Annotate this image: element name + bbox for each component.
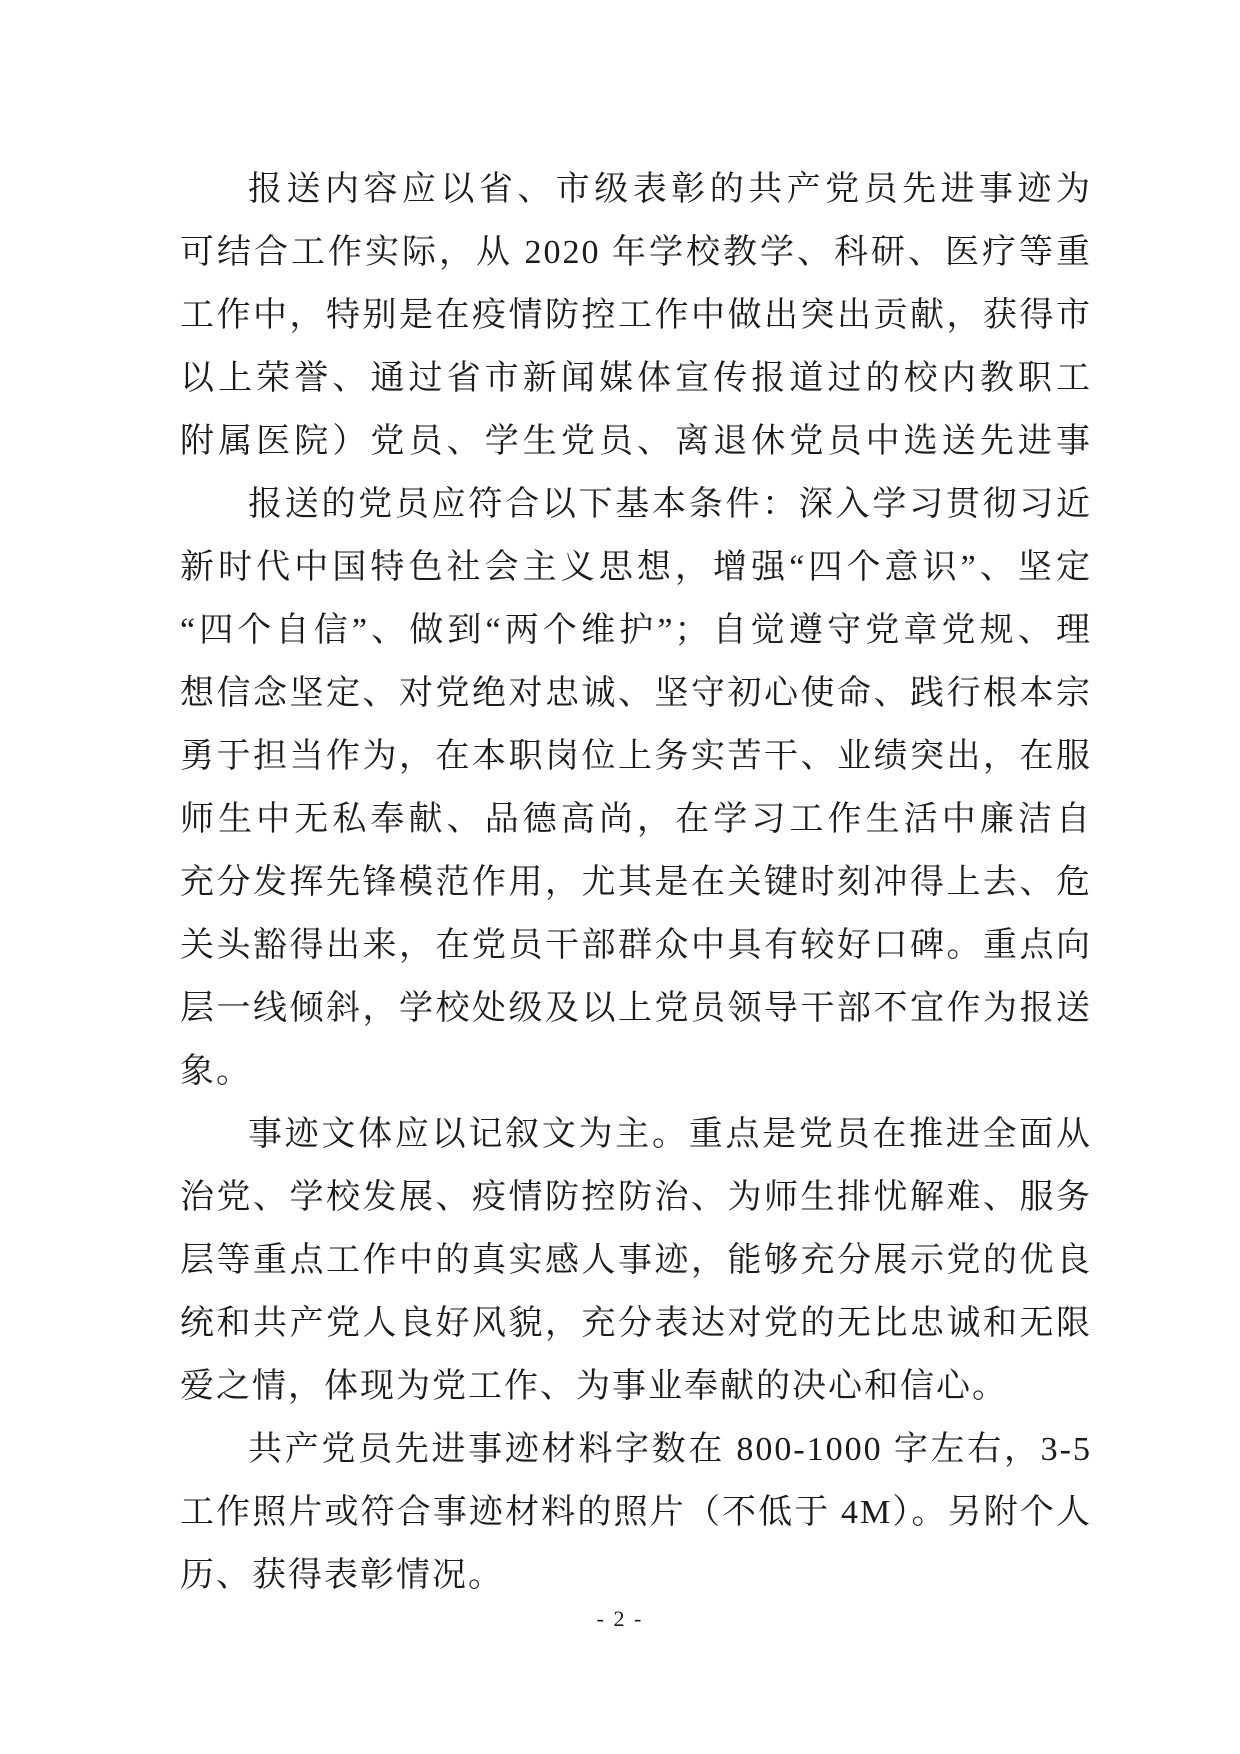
document-page: 报送内容应以省、市级表彰的共产党员先进事迹为主，可结合工作实际，从 2020 年…	[0, 0, 1240, 1754]
text-line: 工作照片或符合事迹材料的照片（不低于 4M）。另附个人简	[180, 1481, 1092, 1544]
paragraph: 报送内容应以省、市级表彰的共产党员先进事迹为主，可结合工作实际，从 2020 年…	[180, 158, 1092, 473]
page-number: - 2 -	[0, 1604, 1240, 1634]
text-line: 层一线倾斜，学校处级及以上党员领导干部不宜作为报送对	[180, 977, 1092, 1040]
paragraph: 共产党员先进事迹材料字数在 800-1000 字左右，3-5 张工作照片或符合事…	[180, 1418, 1092, 1607]
text-line: 以上荣誉、通过省市新闻媒体宣传报道过的校内教职工（含	[180, 347, 1092, 410]
text-line: 勇于担当作为，在本职岗位上务实苦干、业绩突出，在服务	[180, 725, 1092, 788]
text-line: 爱之情，体现为党工作、为事业奉献的决心和信心。	[180, 1355, 1092, 1418]
text-line: 师生中无私奉献、品德高尚，在学习工作生活中廉洁自律、	[180, 788, 1092, 851]
text-line: 统和共产党人良好风貌，充分表达对党的无比忠诚和无限热	[180, 1292, 1092, 1355]
text-line: 新时代中国特色社会主义思想，增强“四个意识”、坚定	[180, 536, 1092, 599]
text-line: 可结合工作实际，从 2020 年学校教学、科研、医疗等重要	[180, 221, 1092, 284]
text-line: 想信念坚定、对党绝对忠诚、坚守初心使命、践行根本宗旨，	[180, 662, 1092, 725]
text-line: 工作中，特别是在疫情防控工作中做出突出贡献，获得市级	[180, 284, 1092, 347]
text-line: 事迹文体应以记叙文为主。重点是党员在推进全面从严	[180, 1103, 1092, 1166]
text-line: 报送内容应以省、市级表彰的共产党员先进事迹为主，	[180, 158, 1092, 221]
text-line: 关头豁得出来，在党员干部群众中具有较好口碑。重点向基	[180, 914, 1092, 977]
text-line: 象。	[180, 1040, 1092, 1103]
document-body: 报送内容应以省、市级表彰的共产党员先进事迹为主，可结合工作实际，从 2020 年…	[180, 158, 1092, 1607]
text-line: 附属医院）党员、学生党员、离退休党员中选送先进事迹。	[180, 410, 1092, 473]
paragraph: 报送的党员应符合以下基本条件：深入学习贯彻习近平新时代中国特色社会主义思想，增强…	[180, 473, 1092, 1103]
text-line: 治党、学校发展、疫情防控防治、为师生排忧解难、服务基	[180, 1166, 1092, 1229]
text-line: 充分发挥先锋模范作用，尤其是在关键时刻冲得上去、危急	[180, 851, 1092, 914]
text-line: 共产党员先进事迹材料字数在 800-1000 字左右，3-5 张	[180, 1418, 1092, 1481]
text-line: “四个自信”、做到“两个维护”；自觉遵守党章党规、理	[180, 599, 1092, 662]
text-line: 历、获得表彰情况。	[180, 1544, 1092, 1607]
text-line: 层等重点工作中的真实感人事迹，能够充分展示党的优良传	[180, 1229, 1092, 1292]
paragraph: 事迹文体应以记叙文为主。重点是党员在推进全面从严治党、学校发展、疫情防控防治、为…	[180, 1103, 1092, 1418]
text-line: 报送的党员应符合以下基本条件：深入学习贯彻习近平	[180, 473, 1092, 536]
